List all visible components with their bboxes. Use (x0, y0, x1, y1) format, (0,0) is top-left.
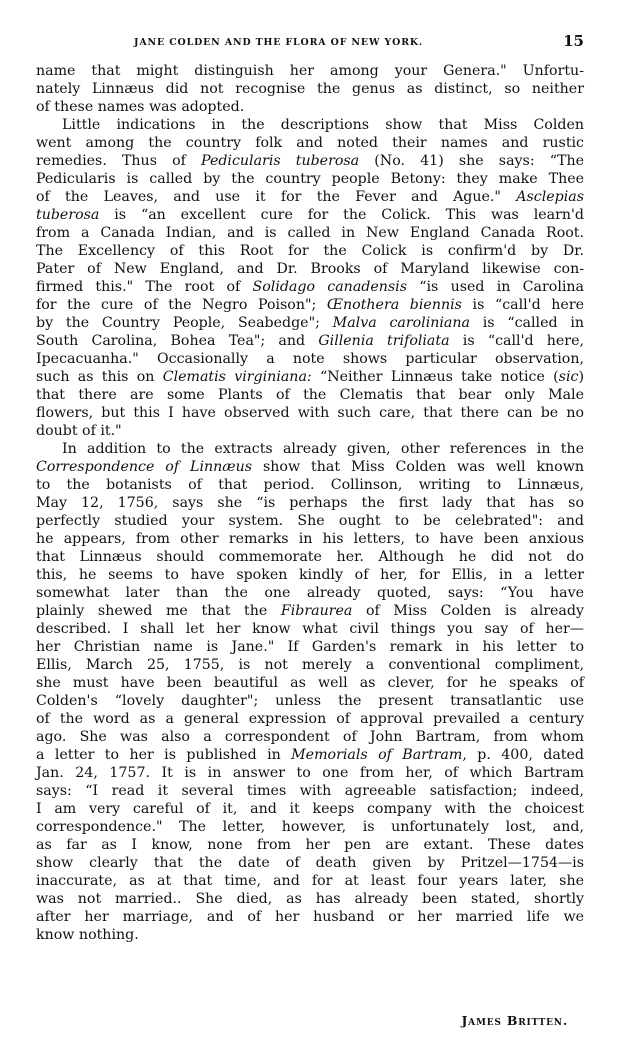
text-line: from a Canada Indian, and is called in N… (36, 224, 584, 242)
text-line: Pater of New England, and Dr. Brooks of … (36, 260, 584, 278)
text-line: show clearly that the date of death give… (36, 854, 584, 872)
page-number: 15 (563, 32, 584, 50)
text-line: firmed this." The root of Solidago canad… (36, 278, 584, 296)
text-line: inaccurate, as at that time, and for at … (36, 872, 584, 890)
italic-term: Solidago canadensis (253, 279, 407, 295)
text-line: Little indications in the descriptions s… (36, 116, 584, 134)
text-line: by the Country People, Seabedge"; Malva … (36, 314, 584, 332)
text-line: of the Leaves, and use it for the Fever … (36, 188, 584, 206)
text-line: nately Linnæus did not recognise the gen… (36, 80, 584, 98)
paragraph-2: Little indications in the descriptions s… (36, 116, 584, 440)
italic-term: Correspondence of Linnæus (36, 459, 252, 475)
paragraph-3: In addition to the extracts already give… (36, 440, 584, 944)
text-line: of the word as a general expression of a… (36, 710, 584, 728)
text-line: Ellis, March 25, 1755, is not merely a c… (36, 656, 584, 674)
text-line: of these names was adopted. (36, 98, 584, 116)
text-line: to the botanists of that period. Collins… (36, 476, 584, 494)
running-head: JANE COLDEN AND THE FLORA OF NEW YORK. 1… (36, 34, 584, 50)
text-line: name that might distinguish her among yo… (36, 62, 584, 80)
text-line: as far as I know, none from her pen are … (36, 836, 584, 854)
italic-term: Clematis virginiana: (163, 369, 312, 385)
italic-term: Fibraurea (281, 603, 352, 619)
italic-term: Gillenia trifoliata (318, 333, 449, 349)
text-line: remedies. Thus of Pedicularis tuberosa (… (36, 152, 584, 170)
italic-term: sic (559, 369, 579, 385)
text-line: In addition to the extracts already give… (36, 440, 584, 458)
text-line: know nothing. (36, 926, 584, 944)
text-line: Ipecacuanha." Occasionally a note shows … (36, 350, 584, 368)
text-line: was not married.. She died, as has alrea… (36, 890, 584, 908)
text-line: a letter to her is published in Memorial… (36, 746, 584, 764)
text-line: I am very careful of it, and it keeps co… (36, 800, 584, 818)
text-line: such as this on Clematis virginiana: “Ne… (36, 368, 584, 386)
italic-term: Memorials of Bartram (291, 747, 462, 763)
italic-term: tuberosa (36, 207, 99, 223)
text-line: somewhat later than the one already quot… (36, 584, 584, 602)
text-line: this, he seems to have spoken kindly of … (36, 566, 584, 584)
text-line: Correspondence of Linnæus show that Miss… (36, 458, 584, 476)
text-line: described. I shall let her know what civ… (36, 620, 584, 638)
text-line: says: “I read it several times with agre… (36, 782, 584, 800)
italic-term: Œnothera biennis (327, 297, 462, 313)
text-line: flowers, but this I have observed with s… (36, 404, 584, 422)
italic-term: Asclepias (516, 189, 584, 205)
text-line: Colden's “lovely daughter"; unless the p… (36, 692, 584, 710)
text-line: he appears, from other remarks in his le… (36, 530, 584, 548)
text-line: Jan. 24, 1757. It is in answer to one fr… (36, 764, 584, 782)
text-line: that Linnæus should commemorate her. Alt… (36, 548, 584, 566)
text-line: ago. She was also a correspondent of Joh… (36, 728, 584, 746)
text-line: went among the country folk and noted th… (36, 134, 584, 152)
article-body: name that might distinguish her among yo… (36, 62, 584, 944)
text-line: perfectly studied your system. She ought… (36, 512, 584, 530)
italic-term: Pedicularis tuberosa (201, 153, 359, 169)
book-page: JANE COLDEN AND THE FLORA OF NEW YORK. 1… (0, 0, 626, 1057)
text-line: after her marriage, and of her husband o… (36, 908, 584, 926)
text-line: she must have been beautiful as well as … (36, 674, 584, 692)
text-line: Pedicularis is called by the country peo… (36, 170, 584, 188)
text-line: doubt of it." (36, 422, 584, 440)
text-line: plainly shewed me that the Fibraurea of … (36, 602, 584, 620)
author-signature: James Britten. (461, 1013, 568, 1028)
text-line: South Carolina, Bohea Tea"; and Gillenia… (36, 332, 584, 350)
text-line: tuberosa is “an excellent cure for the C… (36, 206, 584, 224)
text-line: The Excellency of this Root for the Coli… (36, 242, 584, 260)
text-line: her Christian name is Jane." If Garden's… (36, 638, 584, 656)
italic-term: Malva caroliniana (333, 315, 470, 331)
text-line: correspondence." The letter, however, is… (36, 818, 584, 836)
text-line: for the cure of the Negro Poison"; Œnoth… (36, 296, 584, 314)
text-line: May 12, 1756, says she “is perhaps the f… (36, 494, 584, 512)
running-title: JANE COLDEN AND THE FLORA OF NEW YORK. (134, 37, 423, 48)
text-line: that there are some Plants of the Clemat… (36, 386, 584, 404)
paragraph-1: name that might distinguish her among yo… (36, 62, 584, 116)
